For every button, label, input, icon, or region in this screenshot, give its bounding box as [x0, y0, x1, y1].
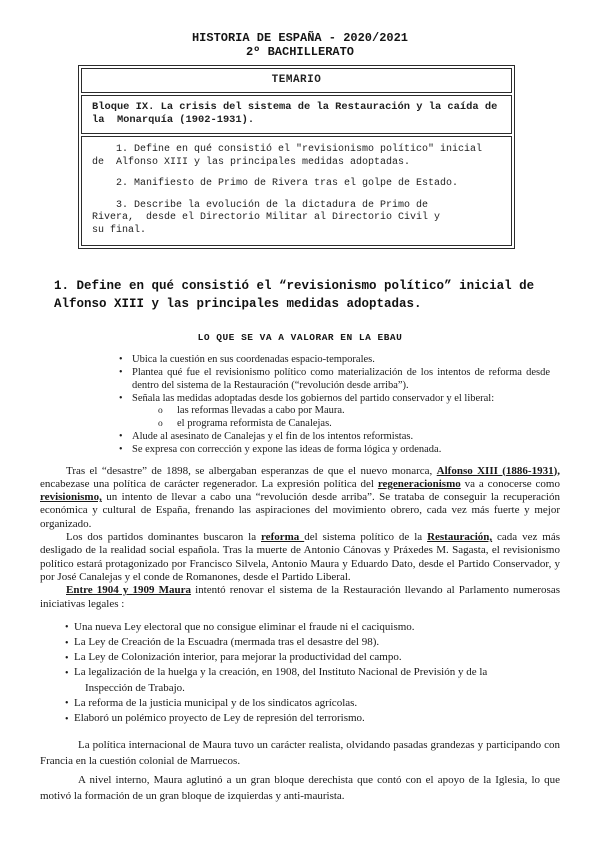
ebau-criteria-list: Ubica la cuestión en sus coordenadas esp… — [118, 354, 550, 456]
laws-list: Una nueva Ley electoral que no consigue … — [66, 620, 560, 726]
paragraph-partidos: Los dos partidos dominantes buscaron la … — [40, 531, 560, 584]
text-segment: va a conocerse como — [461, 478, 560, 490]
text-segment: del sistema político de la — [304, 531, 427, 543]
text-segment: un intento de llevar a cabo una “revoluc… — [40, 491, 560, 530]
paragraph-nivel-interno: A nivel interno, Maura aglutinó a un gra… — [40, 772, 560, 804]
highlighted-term-alfonso-xiii: Alfonso XIII (1886-1931), — [437, 465, 560, 477]
ebau-criterion-subitem: las reformas llevadas a cabo por Maura. — [156, 405, 550, 418]
text-segment: encabezase una política de carácter rege… — [40, 478, 378, 490]
law-item: Una nueva Ley electoral que no consigue … — [66, 620, 560, 635]
ebau-criterion-subitem: el programa reformista de Canalejas. — [156, 418, 550, 431]
ebau-section-title: LO QUE SE VA A VALORAR EN LA EBAU — [40, 332, 560, 343]
temario-questions: 1. Define en qué consistió el "revisioni… — [81, 136, 512, 246]
text-segment: Los dos partidos dominantes buscaron la — [66, 531, 261, 543]
ebau-criterion: Ubica la cuestión en sus coordenadas esp… — [118, 354, 550, 367]
law-item: Elaboró un polémico proyecto de Ley de r… — [66, 711, 560, 726]
text-segment: Tras el “desastre” de 1898, se albergaba… — [66, 465, 437, 477]
highlighted-term-regeneracionismo: regeneracionismo — [378, 478, 461, 490]
temario-question-2: 2. Manifiesto de Primo de Rivera tras el… — [92, 178, 503, 191]
question-heading: 1. Define en qué consistió el “revisioni… — [54, 278, 560, 313]
temario-bloque-title: Bloque IX. La crisis del sistema de la R… — [81, 95, 512, 134]
law-item: La Ley de Creación de la Escuadra (merma… — [66, 635, 560, 650]
temario-question-3: 3. Describe la evolución de la dictadura… — [92, 200, 503, 238]
paragraph-maura-intro: Entre 1904 y 1909 Maura intentó renovar … — [40, 584, 560, 611]
doc-title-level: 2º BACHILLERATO — [40, 45, 560, 59]
temario-table: TEMARIO Bloque IX. La crisis del sistema… — [78, 65, 515, 249]
ebau-criterion: Se expresa con corrección y expone las i… — [118, 444, 550, 457]
ebau-criterion: Alude al asesinato de Canalejas y el fin… — [118, 431, 550, 444]
ebau-criterion: Plantea qué fue el revisionismo político… — [118, 367, 550, 393]
highlighted-term-restauracion: Restauración, — [427, 531, 492, 543]
temario-question-1: 1. Define en qué consistió el "revisioni… — [92, 144, 503, 169]
document-page: HISTORIA DE ESPAÑA - 2020/2021 2º BACHIL… — [0, 0, 600, 848]
doc-title-course: HISTORIA DE ESPAÑA - 2020/2021 — [40, 31, 560, 45]
highlighted-term-revisionismo: revisionismo, — [40, 491, 102, 503]
law-item: La reforma de la justicia municipal y de… — [66, 696, 560, 711]
paragraph-politica-internacional: La política internacional de Maura tuvo … — [40, 737, 560, 769]
ebau-criterion: Señala las medidas adoptadas desde los g… — [118, 393, 550, 406]
law-item: La Ley de Colonización interior, para me… — [66, 650, 560, 665]
temario-header: TEMARIO — [81, 68, 512, 93]
highlighted-term-reforma: reforma — [261, 531, 304, 543]
law-item: La legalización de la huelga y la creaci… — [66, 665, 560, 695]
highlighted-term-entre-1904-1909: Entre 1904 y 1909 Maura — [66, 584, 191, 596]
document-header: HISTORIA DE ESPAÑA - 2020/2021 2º BACHIL… — [40, 31, 560, 59]
paragraph-regeneracionismo: Tras el “desastre” de 1898, se albergaba… — [40, 465, 560, 531]
